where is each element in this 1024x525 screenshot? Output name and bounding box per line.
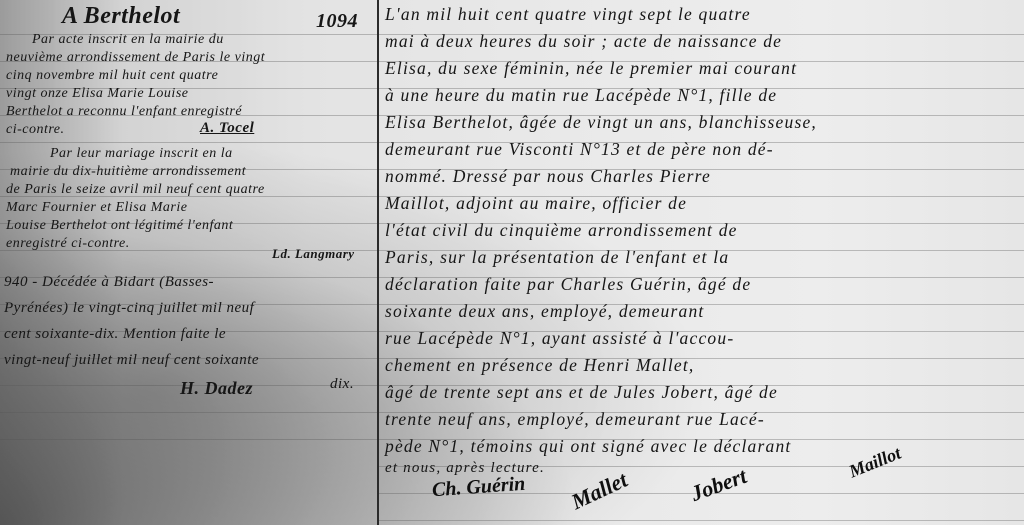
legitimation-note-line: Par leur mariage inscrit en la: [50, 146, 233, 162]
legitimation-note-line: Louise Berthelot ont légitimé l'enfant: [6, 218, 233, 234]
signature-declarant: Ch. Guérin: [431, 473, 526, 502]
record-line: l'état civil du cinquième arrondissement…: [385, 220, 738, 241]
death-note-line: vingt-neuf juillet mil neuf cent soixant…: [4, 352, 259, 369]
legitimation-note-line: enregistré ci-contre.: [6, 236, 130, 252]
death-signature: H. Dadez: [180, 378, 253, 399]
record-line: demeurant rue Visconti N°13 et de père n…: [385, 139, 774, 160]
signature-officer-maillot: Maillot: [846, 443, 904, 483]
recognition-signature: A. Tocel: [200, 120, 254, 137]
record-line: pède N°1, témoins qui ont signé avec le …: [385, 436, 791, 457]
record-line: trente neuf ans, employé, demeurant rue …: [385, 409, 765, 430]
recognition-note-line: ci-contre.: [6, 122, 65, 138]
recognition-note-line: neuvième arrondissement de Paris le ving…: [6, 50, 265, 66]
record-number: 1094: [316, 10, 358, 33]
record-line: nommé. Dressé par nous Charles Pierre: [385, 166, 711, 187]
death-note-line: 940 - Décédée à Bidart (Basses-: [4, 274, 214, 291]
record-line: rue Lacépède N°1, ayant assisté à l'acco…: [385, 328, 734, 349]
margin-surname: A Berthelot: [62, 3, 180, 30]
record-line: déclaration faite par Charles Guérin, âg…: [385, 274, 751, 295]
record-line: à une heure du matin rue Lacépède N°1, f…: [385, 85, 777, 106]
record-line: Elisa Berthelot, âgée de vingt un ans, b…: [385, 112, 817, 133]
recognition-note-line: cinq novembre mil huit cent quatre: [6, 68, 218, 84]
record-line: soixante deux ans, employé, demeurant: [385, 301, 704, 322]
scanned-register-page: A Berthelot 1094 Par acte inscrit en la …: [0, 0, 1024, 525]
death-note-line: Pyrénées) le vingt-cinq juillet mil neuf: [4, 300, 254, 317]
signature-witness-mallet: Mallet: [567, 467, 631, 515]
legitimation-note-line: de Paris le seize avril mil neuf cent qu…: [6, 182, 265, 198]
ruled-line: [377, 520, 1024, 521]
death-note-line: cent soixante-dix. Mention faite le: [4, 326, 226, 343]
recognition-note-line: Berthelot a reconnu l'enfant enregistré: [6, 104, 242, 120]
recognition-note-line: vingt onze Elisa Marie Louise: [6, 86, 189, 102]
record-line: Paris, sur la présentation de l'enfant e…: [385, 247, 729, 268]
column-divider: [377, 0, 379, 525]
signature-witness-jobert: Jobert: [687, 463, 750, 507]
record-line: mai à deux heures du soir ; acte de nais…: [385, 31, 782, 52]
record-line: chement en présence de Henri Mallet,: [385, 355, 695, 376]
death-note-line: dix.: [330, 376, 354, 393]
recognition-note-line: Par acte inscrit en la mairie du: [32, 32, 224, 48]
legitimation-note-line: Marc Fournier et Elisa Marie: [6, 200, 187, 216]
record-line: âgé de trente sept ans et de Jules Jober…: [385, 382, 778, 403]
record-line: Elisa, du sexe féminin, née le premier m…: [385, 58, 797, 79]
legitimation-note-line: mairie du dix-huitième arrondissement: [10, 164, 246, 180]
legitimation-signature: Ld. Langmary: [272, 246, 355, 262]
record-line: L'an mil huit cent quatre vingt sept le …: [385, 4, 751, 25]
record-line: Maillot, adjoint au maire, officier de: [385, 193, 687, 214]
